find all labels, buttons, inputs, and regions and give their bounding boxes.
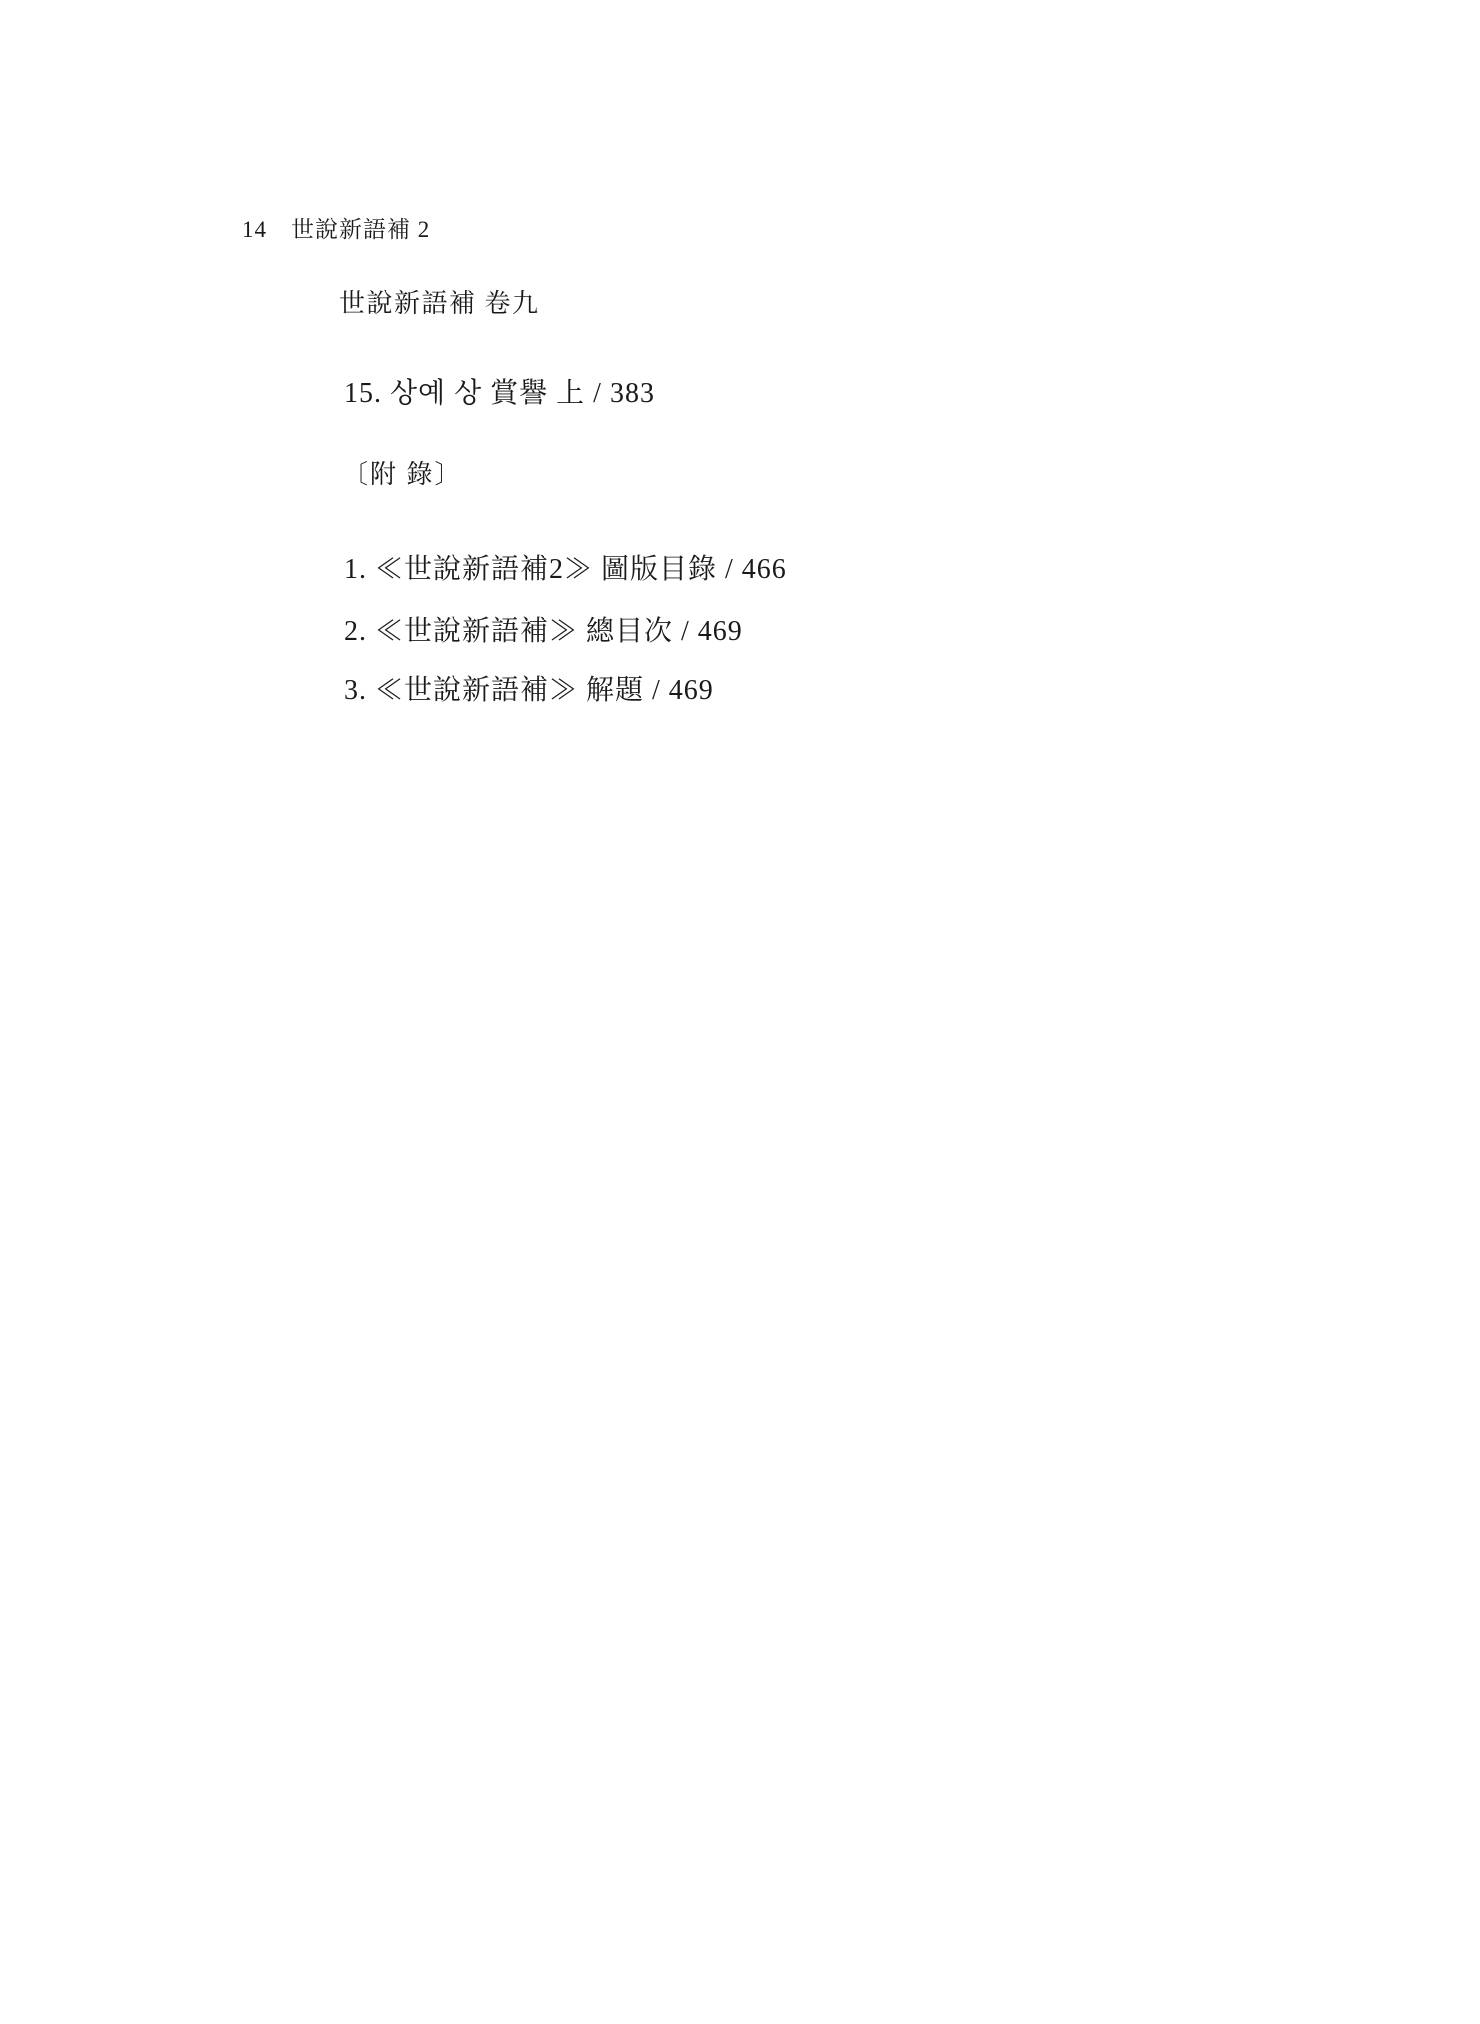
toc-entry-page-number: 383 [610,378,655,409]
toc-entry-label: 3. ≪世說新語補≫ 解題 [344,675,644,706]
running-header-book-title: 世說新語補 2 [291,217,430,242]
section-title: 世說新語補 卷九 [339,288,540,319]
toc-entry-chapter-15: 15. 상예 상 賞譽 上 / 383 [312,343,655,444]
toc-entry-label: 1. ≪世說新語補2≫ 圖版目錄 [344,554,717,585]
toc-entry-separator: / [585,378,610,409]
toc-entry-label: 15. 상예 상 賞譽 上 [344,378,585,409]
toc-entry-appendix-3: 3. ≪世說新語補≫ 解題 / 469 [312,640,714,741]
toc-entry-page-number: 466 [742,554,787,585]
toc-entry-separator: / [717,554,742,585]
toc-entry-page-number: 469 [669,675,714,706]
running-header-page-number: 14 [242,217,267,242]
running-header: 14世說新語補 2 [215,188,430,271]
document-page: 14世說新語補 2 世說新語補 卷九 15. 상예 상 賞譽 上 / 383 〔… [0,0,1480,2024]
appendix-title: 〔附 錄〕 [342,459,463,490]
toc-entry-separator: / [644,675,669,706]
